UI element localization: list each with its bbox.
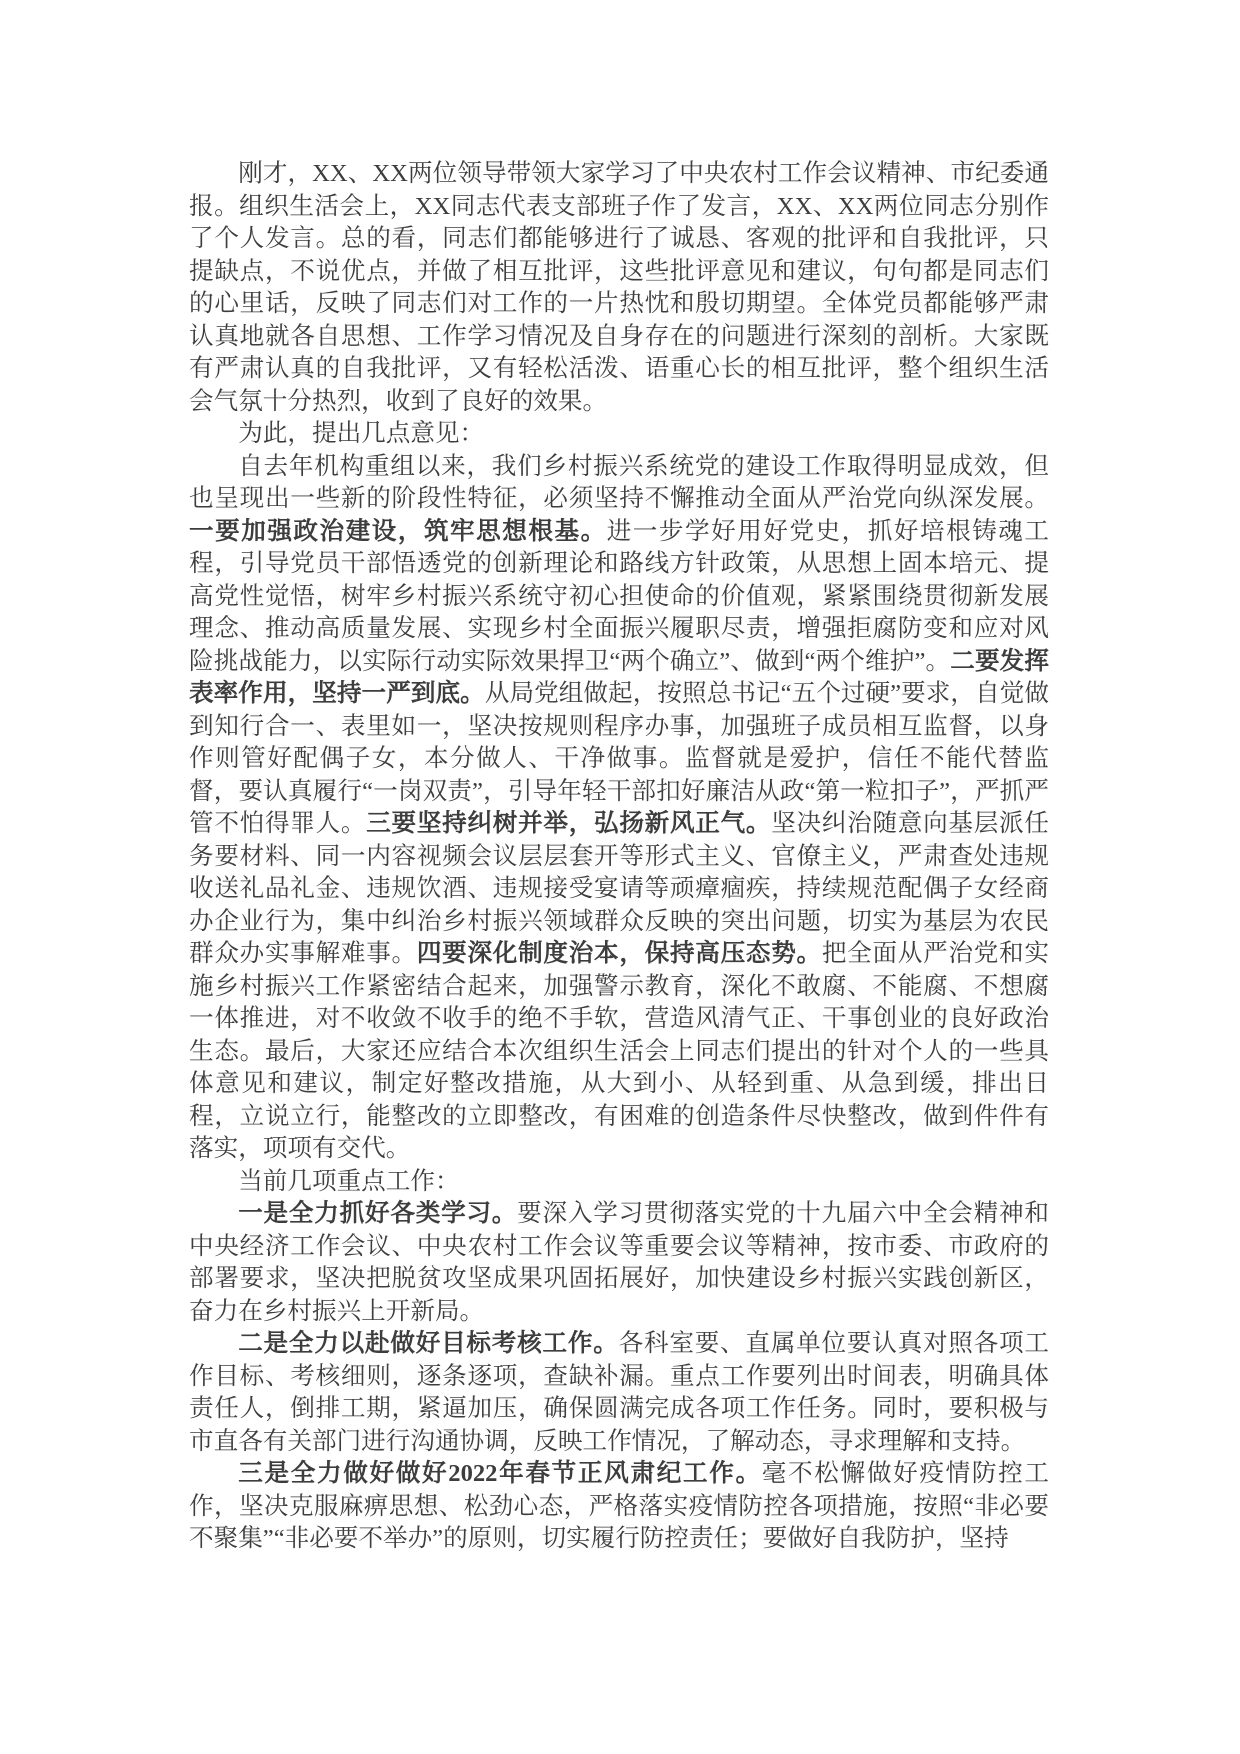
paragraph: 为此，提出几点意见：: [189, 418, 1049, 451]
paragraph: 三是全力做好做好2022年春节正风肃纪工作。毫不松懈做好疫情防控工作，坚决克服麻…: [189, 1458, 1049, 1556]
text-run: 当前几项重点工作：: [238, 1168, 459, 1195]
text-run: 把全面从严治党和实施乡村振兴工作紧密结合起来，加强警示教育，深化不敢腐、不能腐、…: [189, 940, 1049, 1162]
bold-text-run: 三是全力做好做好2022年春节正风肃纪工作。: [238, 1460, 762, 1487]
document-body: 刚才，XX、XX两位领导带领大家学习了中央农村工作会议精神、市纪委通报。组织生活…: [189, 158, 1049, 1556]
bold-text-run: 四要深化制度治本，保持高压态势。: [417, 940, 822, 967]
paragraph: 刚才，XX、XX两位领导带领大家学习了中央农村工作会议精神、市纪委通报。组织生活…: [189, 158, 1049, 418]
bold-text-run: 一是全力抓好各类学习。: [238, 1200, 517, 1227]
paragraph: 二是全力以赴做好目标考核工作。各科室要、直属单位要认真对照各项工作目标、考核细则…: [189, 1328, 1049, 1458]
paragraph: 一是全力抓好各类学习。要深入学习贯彻落实党的十九届六中全会精神和中央经济工作会议…: [189, 1198, 1049, 1328]
text-run: 为此，提出几点意见：: [238, 420, 484, 447]
bold-text-run: 一要加强政治建设，筑牢思想根基。: [189, 518, 607, 545]
bold-text-run: 二是全力以赴做好目标考核工作。: [238, 1330, 618, 1357]
bold-text-run: 三要坚持纠树并举，弘扬新风正气。: [366, 810, 771, 837]
text-run: 刚才，XX、XX两位领导带领大家学习了中央农村工作会议精神、市纪委通报。组织生活…: [189, 160, 1049, 415]
text-run: 自去年机构重组以来，我们乡村振兴系统党的建设工作取得明显成效，但也呈现出一些新的…: [189, 453, 1049, 513]
paragraph: 自去年机构重组以来，我们乡村振兴系统党的建设工作取得明显成效，但也呈现出一些新的…: [189, 451, 1049, 1166]
paragraph: 当前几项重点工作：: [189, 1166, 1049, 1199]
document-page: 刚才，XX、XX两位领导带领大家学习了中央农村工作会议精神、市纪委通报。组织生活…: [0, 0, 1240, 1754]
